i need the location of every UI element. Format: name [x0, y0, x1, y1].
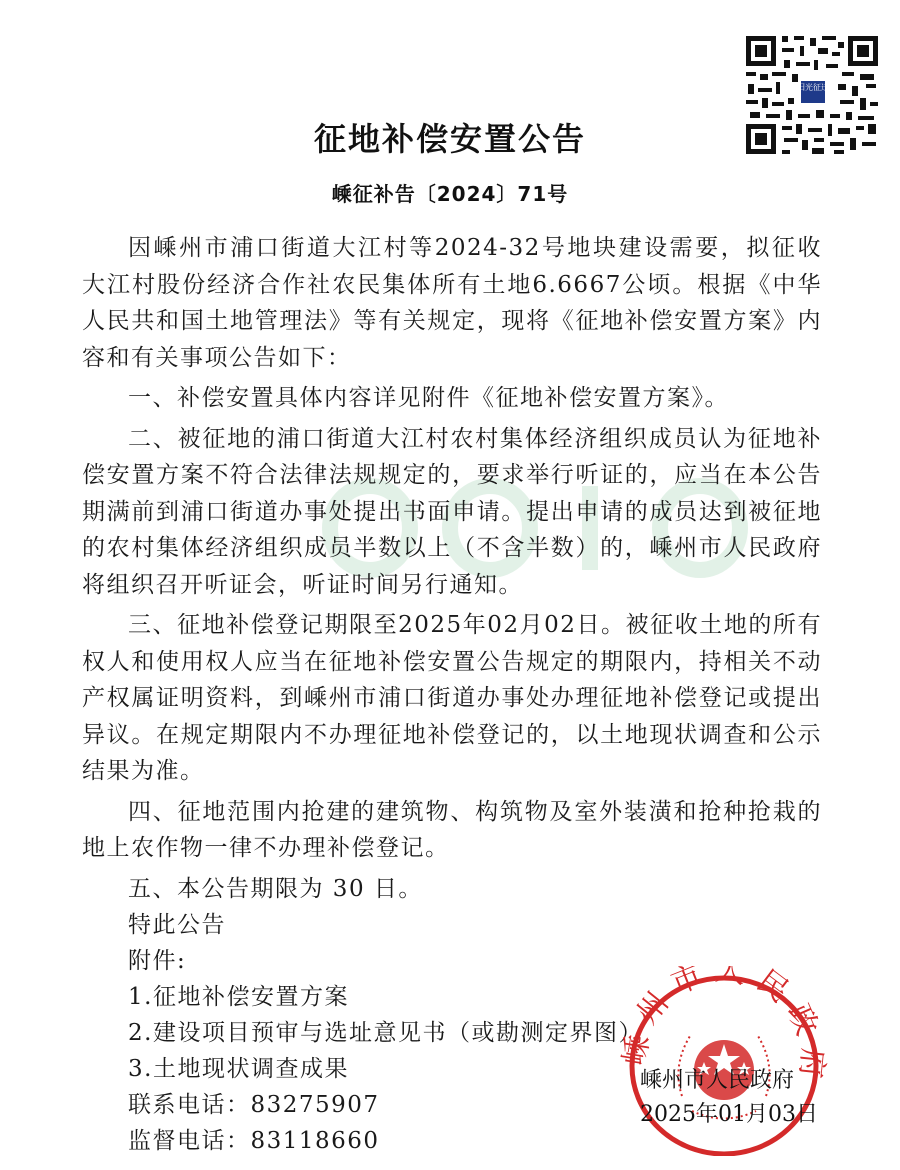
- item-4: 四、征地范围内抢建的建筑物、构筑物及室外装潢和抢种抢栽的地上农作物一律不办理补偿…: [82, 794, 822, 867]
- document-number: 嵊征补告〔2024〕71号: [0, 178, 900, 207]
- item-5: 五、本公告期限为 30 日。: [82, 871, 822, 907]
- item-1: 一、补偿安置具体内容详见附件《征地补偿安置方案》。: [82, 380, 822, 417]
- issuer-name: 嵊州市人民政府: [640, 1064, 860, 1098]
- closing-text: 特此公告: [82, 907, 822, 943]
- page-title: 征地补偿安置公告: [0, 114, 900, 160]
- item-2: 二、被征地的浦口街道大江村农村集体经济组织成员认为征地补偿安置方案不符合法律法规…: [82, 421, 822, 604]
- contact-phone-label: 联系电话：: [128, 1092, 251, 1118]
- supervision-phone-label: 监督电话：: [128, 1128, 251, 1154]
- svg-text:阳光征迁: 阳光征迁: [797, 82, 829, 92]
- signature-block: 嵊州市人民政府 2025年01月03日: [640, 1064, 860, 1132]
- supervision-phone-value: 83118660: [251, 1128, 380, 1154]
- intro-paragraph: 因嵊州市浦口街道大江村等2024-32号地块建设需要，拟征收大江村股份经济合作社…: [82, 230, 822, 376]
- issue-date: 2025年01月03日: [640, 1098, 860, 1132]
- contact-phone-value: 83275907: [251, 1092, 380, 1118]
- item-3: 三、征地补偿登记期限至2025年02月02日。被征收土地的所有权人和使用权人应当…: [82, 607, 822, 790]
